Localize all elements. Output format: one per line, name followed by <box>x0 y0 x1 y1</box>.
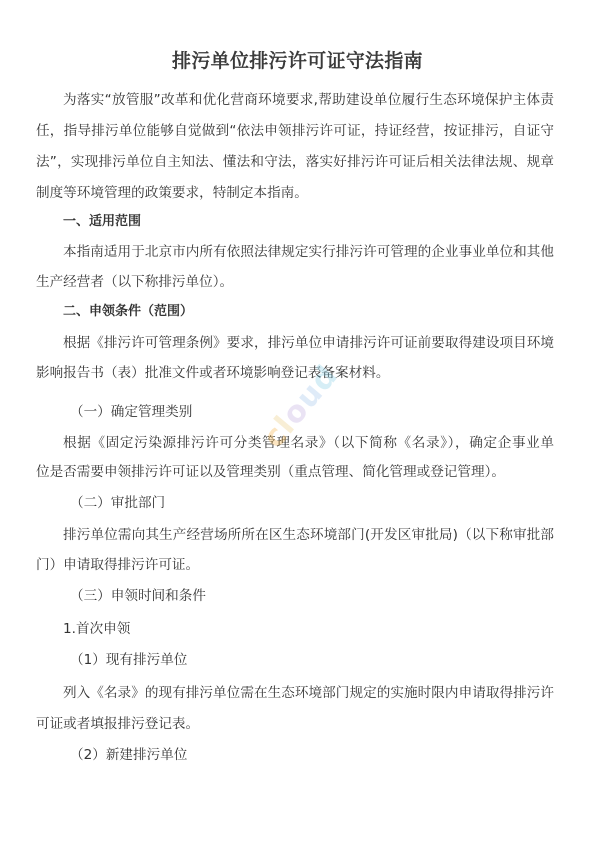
paragraph-line: 1.首次申领 <box>63 619 554 639</box>
paragraph-line: 列入《名录》的现有排污单位需在生态环境部门规定的实施时限内申请取得排污许 <box>63 683 554 703</box>
document-title: 排污单位排污许可证守法指南 <box>0 49 595 73</box>
paragraph-line: 位是否需要申领排污许可证以及管理类别（重点管理、简化管理或登记管理）。 <box>36 462 554 482</box>
subsection-heading: （2）新建排污单位 <box>70 745 561 765</box>
subsection-heading: （三）申领时间和条件 <box>70 586 561 606</box>
paragraph-line: 根据《排污许可管理条例》要求，排污单位申请排污许可证前要取得建设项目环境 <box>63 333 554 353</box>
paragraph-line: 排污单位需向其生产经营场所所在区生态环境部门(开发区审批局)（以下称审批部 <box>63 525 554 545</box>
paragraph-line: 任，指导排污单位能够自觉做到“依法申领排污许可证，持证经营，按证排污，自证守 <box>36 121 554 141</box>
paragraph-line: 制度等环境管理的政策要求，特制定本指南。 <box>36 183 554 203</box>
paragraph-line: 法”，实现排污单位自主知法、懂法和守法，落实好排污许可证后相关法律法规、规章 <box>36 152 554 172</box>
section-heading: 二、申领条件（范围） <box>63 302 554 322</box>
paragraph-line: 影响报告书（表）批准文件或者环境影响登记表备案材料。 <box>36 363 554 383</box>
section-heading: 一、适用范围 <box>63 212 554 232</box>
subsection-heading: （二）审批部门 <box>70 493 561 513</box>
paragraph-line: 根据《固定污染源排污许可分类管理名录》（以下简称《名录》），确定企事业单 <box>63 433 554 453</box>
paragraph-line: 本指南适用于北京市内所有依照法律规定实行排污许可管理的企业事业单位和其他 <box>63 242 554 262</box>
paragraph-line: 门）申请取得排污许可证。 <box>36 555 554 575</box>
paragraph-line: 为落实“放管服”改革和优化营商环境要求,帮助建设单位履行生态环境保护主体责 <box>63 90 554 110</box>
paragraph-line: 可证或者填报排污登记表。 <box>36 714 554 734</box>
paragraph-line: 生产经营者（以下称排污单位）。 <box>36 272 554 292</box>
subsection-heading: （1）现有排污单位 <box>70 650 561 670</box>
subsection-heading: （一）确定管理类别 <box>70 402 561 422</box>
document-page: 排污单位排污许可证守法指南 为落实“放管服”改革和优化营商环境要求,帮助建设单位… <box>0 0 595 841</box>
